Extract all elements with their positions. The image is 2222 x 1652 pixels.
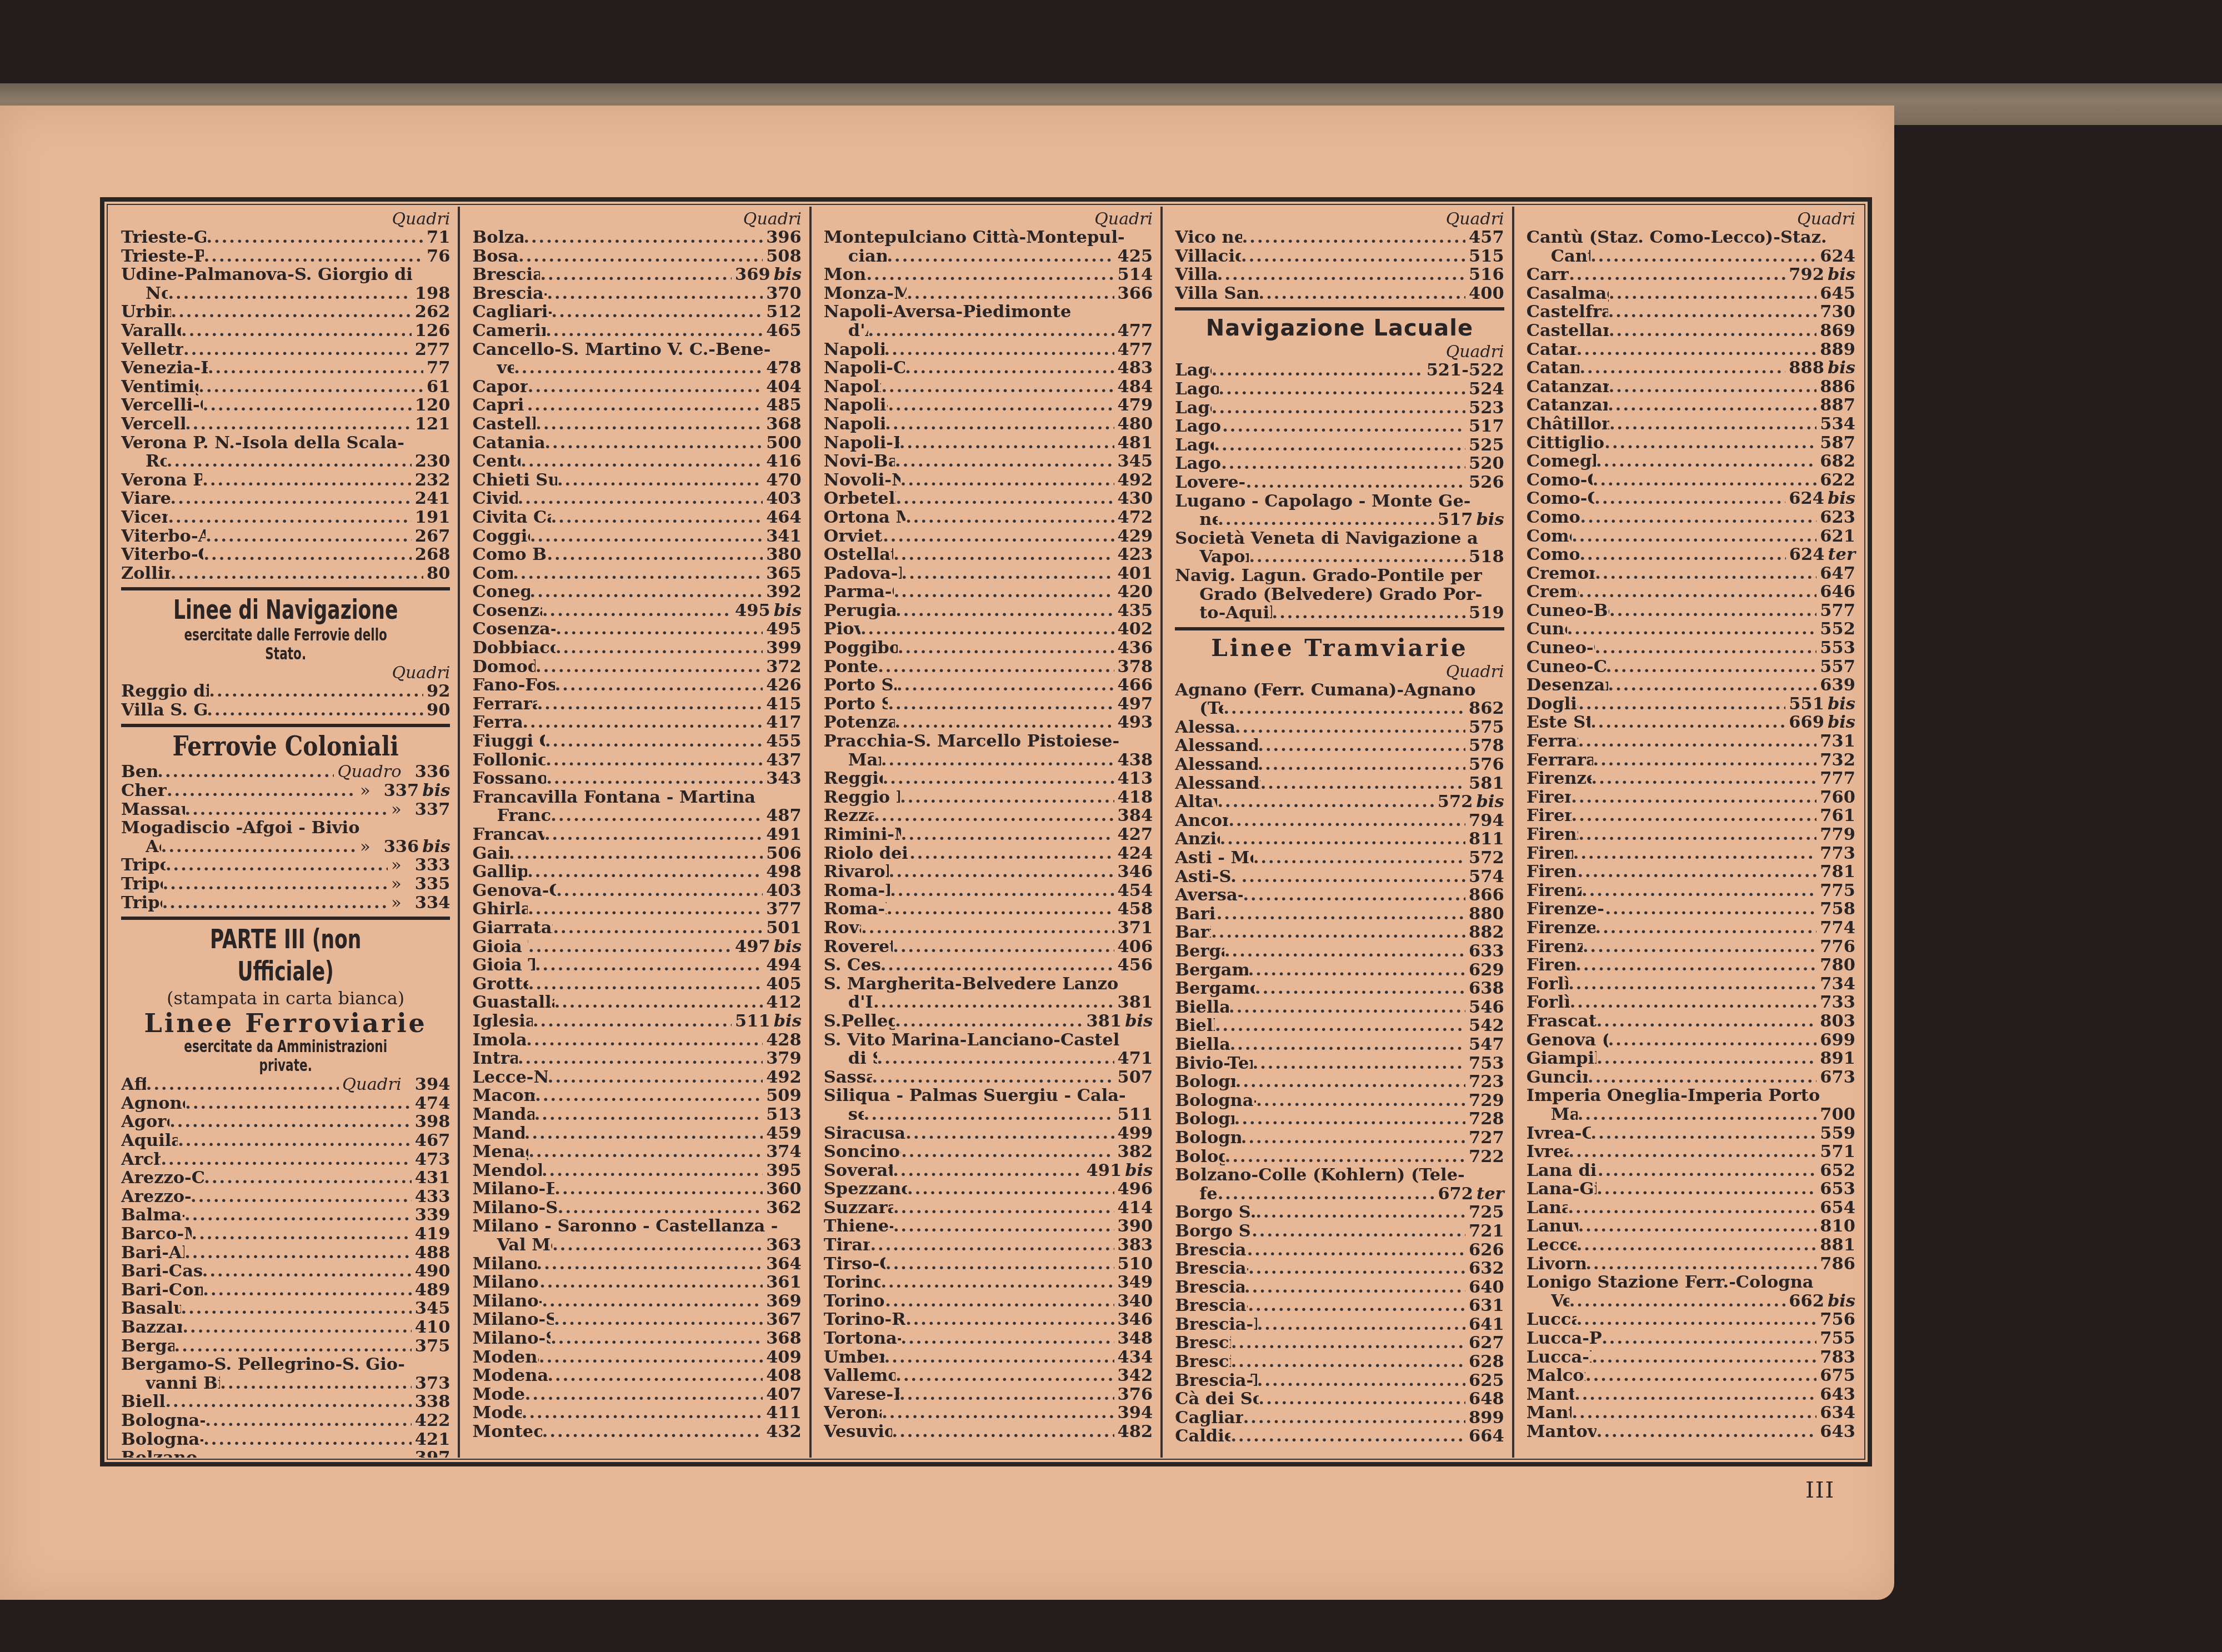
table-number: 394 (1118, 1403, 1153, 1423)
entry-route: di Sangro (848, 1049, 877, 1068)
index-entry: Fossano-Mondovì-Villanova343 (472, 769, 801, 788)
entry-route: Modena-Cavezzo-Finale (472, 1348, 539, 1367)
entry-route: Biella-Santhià (121, 1393, 165, 1411)
entry-table-number: 571 (1816, 1143, 1855, 1162)
entry-table-number: 869 (1816, 322, 1855, 341)
leader-dots (1593, 751, 1817, 770)
table-number: 467 (415, 1130, 451, 1150)
entry-route: Torino-Sassi-Superga (824, 1292, 885, 1311)
leader-dots (1609, 322, 1816, 341)
entry-table-number: 458 (1114, 900, 1153, 919)
index-entry: Capri (Funicolare)485 (472, 396, 801, 415)
table-number: 517 (1438, 509, 1473, 529)
leader-dots (555, 639, 763, 658)
table-number: 76 (427, 246, 450, 266)
quadri-header: Quadri (1175, 343, 1504, 361)
entry-table-number: 882 (1465, 923, 1504, 942)
index-entry: Alessandria-Castelceriolo-Sale .578 (1175, 737, 1504, 755)
entry-route: Milano-Seveso S. P.-Camnago (472, 1329, 551, 1348)
leader-dots (1243, 886, 1465, 905)
leader-dots (548, 1366, 763, 1385)
leader-dots (1214, 436, 1465, 455)
leader-dots (185, 415, 411, 434)
entry-route: Como Brunate (Funicolare) (472, 545, 547, 564)
entry-table-number: 90 (423, 701, 450, 720)
entry-table-number: 490 (412, 1262, 451, 1281)
entry-table-number: 891 (1816, 1049, 1855, 1068)
index-entry: Bari-Casamassima-Putignano..490 (121, 1262, 450, 1281)
index-entry: Lago d'Orta.525 (1175, 436, 1504, 455)
index-entry: Villa Santina-Staz. per la Carnia400 (1175, 284, 1504, 303)
entry-table-number: 623 (1816, 508, 1855, 527)
quadri-header: Quadri (121, 210, 450, 228)
leader-dots (1577, 863, 1816, 882)
table-number: 373 (415, 1373, 451, 1393)
leader-dots (546, 322, 763, 341)
entry-route: Villa S. Giovanni-Messina Porto (121, 701, 207, 720)
index-entry: Aquila-Capitignano467 (121, 1132, 450, 1150)
entry-route: Lago Maggiore (1175, 454, 1221, 473)
table-number: 377 (766, 899, 802, 919)
entry-table-number: 401 (1114, 564, 1153, 583)
entry-route: Archi-Atessa (121, 1150, 161, 1169)
index-entry: Frascati-Genzano-Velletri803 (1527, 1012, 1855, 1031)
leader-dots (527, 396, 763, 415)
table-number: 415 (766, 694, 802, 714)
index-entry: Villa S. Giovanni-Messina Porto90 (121, 701, 450, 720)
index-entry: Bazzano-Spilamberto410 (121, 1318, 450, 1337)
entry-table-number: 497bis (732, 938, 802, 957)
entry-route: Montepulciano Città-Montepul- (824, 228, 1125, 247)
index-entry: Tirso-Ozieri-Chilivani510 (824, 1255, 1153, 1274)
leader-dots (881, 378, 1114, 397)
index-entry: Cagliari-Quarto S. Elena899 (1175, 1409, 1504, 1428)
entry-table-number: 781 (1816, 863, 1855, 882)
entry-table-number: 643 (1816, 1423, 1855, 1441)
table-number: 480 (1118, 414, 1153, 434)
entry-table-number: 517bis (1434, 510, 1504, 529)
entry-route: Forlì-Meldola (1527, 975, 1569, 994)
index-entry: Trieste-Gorizia Centrale-Udine.71 (121, 228, 450, 247)
entry-route: Siliqua - Palmas Suergiu - Cala- (824, 1087, 1126, 1105)
entry-route: Como-Camerlata-Cantù (1527, 471, 1593, 490)
table-number: 729 (1469, 1090, 1504, 1110)
table-number: 493 (1118, 712, 1153, 732)
table-number: 489 (415, 1280, 451, 1300)
index-entry: Cremona-Casalmaggiore647 (1527, 564, 1855, 583)
table-number: 525 (1469, 435, 1504, 455)
entry-table-number: 633 (1465, 942, 1504, 961)
index-entry: Firenze-Grassina781 (1527, 863, 1855, 882)
entry-route: Bolzano-Collalbo (472, 228, 523, 247)
entry-table-number: 516 (1465, 266, 1504, 284)
entry-table-number: 373 (412, 1374, 451, 1393)
index-entry: Montepulciano Città-Montepul-ciano St. F… (824, 228, 1153, 266)
leader-dots (509, 844, 763, 863)
table-number: 369 (735, 264, 770, 284)
entry-table-number: 394 (412, 1075, 451, 1094)
entry-route: Spezzano Albanese-Castrovillari (824, 1180, 907, 1199)
table-number: 495 (766, 619, 802, 639)
table-number: 776 (1820, 937, 1855, 957)
index-entry: Cuneo-Borgo S. Dalm.-Demonte577 (1527, 602, 1855, 620)
table-number: 267 (415, 526, 451, 546)
table-number: 374 (766, 1142, 802, 1162)
entry-table-number: 753 (1465, 1054, 1504, 1073)
entry-route: Massaua-Asmara-Cheren (121, 800, 185, 819)
entry-table-number: 887 (1816, 396, 1855, 415)
index-entry: Livorno (Tramvie di)786 (1527, 1255, 1855, 1274)
table-number: 672 (1438, 1184, 1473, 1204)
entry-route: S.Pellegrino Vetta(Funicolare) (824, 1012, 895, 1031)
table-number: 645 (1820, 283, 1855, 303)
table-number: 371 (1118, 918, 1153, 938)
entry-route: Lago di Lugano (1175, 417, 1222, 436)
entry-route: Roma-Marina di Ostia (824, 900, 887, 919)
entry-table-number: 500 (763, 434, 802, 453)
table-number: 628 (1469, 1351, 1504, 1371)
entry-route: Mandas-Isili-Sorgono (472, 1105, 534, 1124)
index-entry: Gallipoli-Casarano498 (472, 863, 801, 882)
index-entry: Genova-Castellaccio(Fun.elettr.)403 (472, 882, 801, 900)
table-number: 624 (1789, 544, 1825, 564)
entry-table-number: 416 (763, 452, 802, 471)
entry-route: Gioia Tauro-Seminara (472, 956, 535, 975)
entry-route: Brescia-Medole-Mantova (1175, 1278, 1244, 1297)
table-number-suffix: bis (1122, 1011, 1153, 1031)
index-entry: Modena-Vignola411 (472, 1404, 801, 1423)
entry-table-number: 472 (1114, 508, 1153, 527)
leader-dots (1223, 699, 1465, 718)
table-number: 416 (766, 451, 802, 471)
leader-dots (1228, 812, 1465, 830)
entry-route: Biella-Mongrando (1175, 998, 1229, 1017)
entry-table-number: 552 (1816, 620, 1855, 639)
index-entry: Mandas-Isili-Sorgono513 (472, 1105, 801, 1124)
table-number: 473 (415, 1149, 451, 1169)
leader-dots (203, 396, 412, 415)
table-number: 810 (1820, 1216, 1855, 1236)
index-entry: Bari-Ceglie882 (1175, 923, 1504, 942)
leader-dots (185, 1094, 411, 1113)
entry-table-number: 546 (1465, 998, 1504, 1017)
entry-table-number: 733 (1816, 993, 1855, 1012)
leader-dots (900, 471, 1114, 490)
entry-route: Bari-Conversano-Locorotondo . (121, 1281, 203, 1300)
index-entry: Ostellato-Porto Garibaldi423 (824, 545, 1153, 564)
table-number-suffix: bis (1824, 264, 1855, 284)
entry-table-number: 420 (1114, 583, 1153, 602)
entry-table-number: 415 (763, 695, 802, 714)
index-entry: Viterbo-Capranica Sutri-Roma .268 (121, 545, 450, 564)
index-entry: Bosa-Macomer508 (472, 247, 801, 266)
leader-dots (203, 1281, 411, 1300)
table-number: 758 (1820, 899, 1855, 919)
table-number: 780 (1820, 955, 1855, 975)
entry-route: Viareggio-Lucca (121, 489, 171, 508)
index-entry: Lonigo Stazione Ferr.-ColognaVeneta662bi… (1527, 1273, 1855, 1310)
entry-table-number: 394 (1114, 1404, 1153, 1423)
entry-route: Napoli-Pompei-Sarno (824, 415, 885, 434)
index-entry: Castellammare Stabia-Sorrento869 (1527, 322, 1855, 341)
entry-table-number: 399 (763, 639, 802, 658)
table-number: 727 (1469, 1128, 1504, 1148)
entry-table-number: 780 (1816, 956, 1855, 975)
entry-route: Lecce-Nardò-Tricase-Maglie (472, 1068, 547, 1087)
entry-table-number: 424 (1114, 844, 1153, 863)
leader-dots (898, 639, 1114, 658)
table-number: 368 (766, 414, 802, 434)
leader-dots (1579, 359, 1785, 378)
table-number: 381 (1086, 1011, 1122, 1031)
index-entry: Napoli-Chiaia-Vomero (Funic.).483 (824, 359, 1153, 378)
index-entry: Napoli-Pozzuoli-Torregaveta481 (824, 434, 1153, 453)
index-entry: Brescia-Gardone-Tavernole632 (1175, 1259, 1504, 1278)
section-title-private-railways: Linee Ferroviarie (121, 1009, 450, 1038)
leader-dots (171, 564, 423, 583)
entry-route: Porto S. Giorgio-Amandola (824, 676, 897, 695)
entry-table-number: 403 (763, 489, 802, 508)
leader-dots (1260, 774, 1465, 793)
list-private-railways-m-v: Montepulciano Città-Montepul-ciano St. F… (824, 228, 1153, 1441)
section-title-colonial: Ferrovie Coloniali (146, 730, 426, 763)
table-number: 669 (1789, 712, 1824, 732)
leader-dots (866, 266, 1114, 284)
entry-table-number: 422 (412, 1411, 451, 1430)
table-number: 731 (1820, 731, 1855, 751)
leader-dots (894, 583, 1114, 602)
entry-route: Ghirla-Ponte Tresa (472, 900, 528, 919)
table-number: 496 (1118, 1179, 1153, 1199)
table-number: 399 (766, 638, 802, 658)
entry-route: Cuneo-Caraglio-Dronero (1527, 639, 1595, 658)
index-entry: S.Pellegrino Vetta(Funicolare)381bis (824, 1012, 1153, 1031)
entry-route: Milano-Saronno-Seregno (472, 1292, 542, 1311)
entry-route: Milano-Erba Incino-Canzo Asso (472, 1180, 554, 1199)
table-number: 376 (1118, 1384, 1153, 1404)
entry-table-number: 647 (1816, 564, 1855, 583)
index-entry: Lago di Como521-522 (1175, 361, 1504, 380)
leader-dots (1570, 993, 1817, 1012)
table-number: 488 (415, 1243, 451, 1263)
leader-dots (542, 602, 732, 620)
entry-route: Roma-Fiuggi-Frosinone (824, 882, 890, 900)
entry-table-number: 773 (1816, 844, 1855, 863)
table-number: 575 (1469, 717, 1504, 737)
entry-route: Porto S. Venere-Mileto (824, 695, 888, 714)
entry-table-number: 428 (763, 1031, 802, 1050)
table-number: 760 (1820, 787, 1855, 807)
table-number: 422 (415, 1410, 451, 1430)
leader-dots (907, 1180, 1114, 1199)
table-number: 733 (1820, 992, 1855, 1012)
leader-dots (551, 1329, 763, 1348)
entry-table-number: 379 (763, 1049, 802, 1068)
leader-dots (1249, 548, 1465, 567)
table-number: 438 (1118, 750, 1153, 770)
index-entry: Bivio-Terranova Bracciolini...753 (1175, 1054, 1504, 1073)
entry-table-number: 624bis (1785, 489, 1855, 508)
table-number: 230 (415, 451, 451, 471)
entry-route: Ivrea-Cuorgnè (filovia) (1527, 1124, 1591, 1143)
leader-dots (887, 900, 1114, 919)
leader-dots (905, 1310, 1114, 1329)
leader-dots (860, 620, 1114, 639)
table-number: 366 (1118, 283, 1153, 303)
leader-dots (1224, 942, 1465, 961)
index-entry: Agnone-Pescolanciano474 (121, 1094, 450, 1113)
entry-table-number: 492 (763, 1068, 802, 1087)
leader-dots (1597, 1012, 1817, 1031)
entry-route: Lecce-S. Cataldo (1527, 1236, 1577, 1255)
table-number: 402 (1118, 619, 1153, 639)
entry-table-number: 437 (763, 751, 802, 770)
entry-table-number: 191 (412, 508, 451, 527)
entry-route: Caldiero-Tregnago. (1175, 1427, 1230, 1446)
entry-table-number: 512 (763, 303, 802, 322)
index-entry: Affi-GardaQuadri394 (121, 1075, 450, 1094)
entry-table-number: 783 (1816, 1348, 1855, 1367)
index-entry: Ortona Mar.-Crocetta-Lanciano472 (824, 508, 1153, 527)
index-entry: Borgo San Donnino-Soragna721 (1175, 1222, 1504, 1241)
entry-table-number: 631 (1465, 1296, 1504, 1315)
leader-dots (1229, 998, 1465, 1017)
index-entry: Fiuggi Centro-Fiuggi Città455 (472, 732, 801, 751)
leader-dots (206, 527, 412, 546)
entry-route: Firenze-Casellina (1527, 825, 1579, 844)
entry-table-number: 575 (1465, 718, 1504, 737)
entry-route: S. Cesareo-Frascati (824, 956, 880, 975)
table-number-suffix: bis (419, 837, 450, 857)
entry-route: Mendola-Fondo-Dermulo (472, 1162, 542, 1180)
entry-table-number: 862 (1465, 699, 1504, 718)
entry-route: Francavilla Fontana - Martina (472, 788, 755, 807)
table-number-suffix: bis (770, 937, 802, 957)
entry-table-number: 731 (1816, 732, 1855, 751)
entry-route: Castelfranco d'Emilia-Bazzano. (1527, 303, 1608, 322)
table-number: 426 (766, 675, 802, 695)
leader-dots (544, 825, 763, 844)
entry-route: Firenze-Campi (1527, 807, 1572, 825)
index-entry: Verona P. N.-Modena-Bologna..232 (121, 471, 450, 490)
table-number: 891 (1820, 1048, 1855, 1068)
index-entry: Velletri-Segni Paliano277 (121, 341, 450, 359)
entry-route: Cagliari-Gairo-Tortolì-Arbatax (472, 303, 551, 322)
table-number: 121 (415, 414, 451, 434)
table-number: 652 (1820, 1160, 1855, 1180)
entry-table-number: 553 (1816, 639, 1855, 658)
index-entry: Lucca-Pescia-Monsummano755 (1527, 1329, 1855, 1348)
index-entry: Catania-Randazzo-Riposto500 (472, 434, 801, 453)
entry-table-number: 576 (1465, 755, 1504, 774)
entry-route: Castellanza-Val Morea (472, 415, 536, 434)
index-entry: Torino-Lanzo-Ceres349 (824, 1273, 1153, 1292)
leader-dots (1256, 1092, 1465, 1110)
entry-route: Brescia-Cellatica-Gussago (1175, 1241, 1247, 1260)
table-number: 485 (766, 395, 802, 415)
table-number: 491 (1086, 1160, 1122, 1180)
index-entry: Mantova-Angeli643 (1527, 1385, 1855, 1404)
leader-dots (1577, 1310, 1817, 1329)
entry-table-number: 410 (412, 1318, 451, 1337)
entry-route: Conegliano-Vittorio (472, 583, 529, 602)
column-3: Quadri Montepulciano Città-Montepul-cian… (812, 207, 1163, 1458)
entry-route: d'Alife (848, 322, 868, 341)
entry-table-number: 487 (763, 807, 802, 825)
entry-table-number: 518 (1465, 548, 1504, 567)
table-number: 899 (1469, 1408, 1504, 1428)
section-title-tramways: Linee Tramviarie (1175, 634, 1504, 663)
entry-table-number: 639 (1816, 676, 1855, 695)
table-number: 497 (1118, 694, 1153, 714)
table-number: 725 (1469, 1202, 1504, 1222)
leader-dots (204, 247, 423, 266)
table-number: 428 (766, 1030, 802, 1050)
leader-dots (167, 782, 357, 800)
table-number: 675 (1820, 1365, 1855, 1385)
entry-table-number: 343 (763, 769, 802, 788)
entry-route: Bolzano-Gries-Caldaro-Mendola (121, 1449, 204, 1458)
entry-table-number: 402 (1114, 620, 1153, 639)
entry-route: Bergamo-Albino (1175, 942, 1224, 961)
entry-route: Catania-Acireale (1527, 341, 1577, 359)
entry-route: Vapore Lagunare . (1199, 548, 1249, 567)
leader-dots (1235, 718, 1465, 737)
leader-dots (909, 844, 1114, 863)
entry-table-number: 484 (1114, 378, 1153, 397)
entry-table-number: 534 (1816, 415, 1855, 434)
index-entry: Rimini-Mercatino Marecchia427 (824, 825, 1153, 844)
entry-prefix: Quadro (334, 763, 411, 782)
entry-table-number: 889 (1816, 341, 1855, 359)
leader-dots (1578, 825, 1816, 844)
entry-route: Sassari-Alghero (824, 1068, 872, 1087)
entry-table-number: 866 (1465, 886, 1504, 905)
table-number: 648 (1469, 1389, 1504, 1409)
leader-dots (528, 938, 732, 957)
index-entry: Milano-Saronno-Como364 (472, 1255, 801, 1274)
table-number: 792 (1789, 264, 1824, 284)
entry-route: Verona P. N.-Modena-Bologna.. (121, 471, 202, 490)
entry-route: setta (848, 1105, 864, 1124)
entry-route: Ostellato-Porto Garibaldi (824, 545, 893, 564)
entry-route: Forlì-Ravenna (1527, 993, 1570, 1012)
entry-table-number: 346 (1114, 863, 1153, 882)
index-entry: Lago di Garda524 (1175, 380, 1504, 399)
entry-route: Bari-Altamura-Matera (121, 1244, 184, 1263)
table-number: 397 (415, 1448, 451, 1458)
entry-route: Bosa-Macomer (472, 247, 518, 266)
table-number: 420 (1118, 582, 1153, 602)
index-entry: Urbino-Fabriano262 (121, 303, 450, 322)
index-entry: Ivrea-Santhià571 (1527, 1143, 1855, 1162)
index-entry: Firenze-Rovezzano775 (1527, 882, 1855, 900)
index-entry: Lago Maggiore520 (1175, 454, 1504, 473)
entry-table-number: 521-522 (1423, 361, 1504, 380)
entry-route: Alessandria-Altavilla (1175, 718, 1235, 737)
entry-table-number: 464 (763, 508, 802, 527)
entry-table-number: 61 (423, 378, 450, 397)
table-number: 775 (1820, 880, 1855, 900)
leader-dots (1272, 604, 1465, 623)
entry-table-number: 470 (763, 471, 802, 490)
entry-table-number: 652 (1816, 1162, 1855, 1180)
table-number: 71 (427, 227, 450, 247)
entry-table-number: 471 (1114, 1049, 1153, 1068)
entry-route: Cosenza-Soveria M.-Decollatura (472, 620, 555, 639)
entry-route: Cento-Persiceto (472, 452, 521, 471)
leader-dots (171, 303, 412, 322)
